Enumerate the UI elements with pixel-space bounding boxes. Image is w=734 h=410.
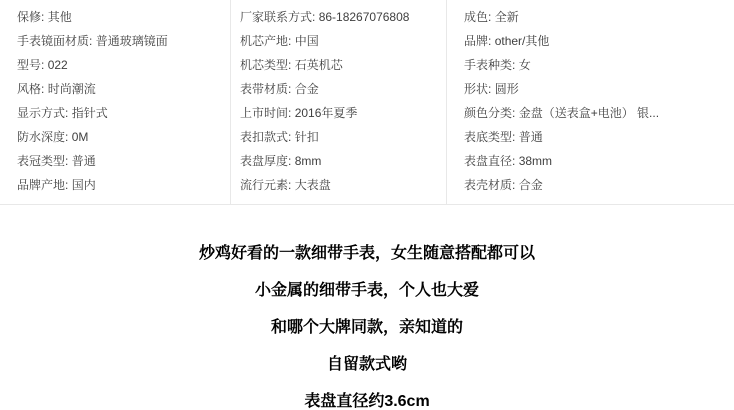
spec-value: 女 (519, 58, 531, 72)
spec-row-clasp-style: 表扣款式针扣 (240, 125, 446, 149)
spec-row-brand: 品牌other/其他 (464, 29, 734, 53)
spec-label: 手表种类 (464, 58, 519, 72)
description-line: 自留款式哟 (0, 357, 734, 373)
spec-row-shape: 形状圆形 (464, 77, 734, 101)
spec-row-condition: 成色全新 (464, 5, 734, 29)
spec-value: 普通玻璃镜面 (96, 34, 168, 48)
spec-row-case-material: 表壳材质合金 (464, 173, 734, 197)
spec-value: 全新 (495, 10, 519, 24)
spec-label: 表扣款式 (240, 130, 295, 144)
spec-label: 显示方式 (17, 106, 72, 120)
spec-row-movement-type: 机芯类型石英机芯 (240, 53, 446, 77)
spec-value: 金盘（送表盒+电池） 银... (519, 106, 659, 120)
spec-label: 品牌 (464, 34, 495, 48)
spec-label: 流行元素 (240, 178, 295, 192)
product-detail-page: 保修其他 手表镜面材质普通玻璃镜面 型号022 风格时尚潮流 显示方式指针式 防… (0, 0, 734, 410)
spec-row-display-type: 显示方式指针式 (17, 101, 230, 125)
spec-value: 圆形 (495, 82, 519, 96)
spec-row-mirror-material: 手表镜面材质普通玻璃镜面 (17, 29, 230, 53)
product-description: 炒鸡好看的一款细带手表，女生随意搭配都可以 小金属的细带手表，个人也大爱 和哪个… (0, 205, 734, 410)
spec-row-trend-element: 流行元素大表盘 (240, 173, 446, 197)
spec-value: 时尚潮流 (48, 82, 96, 96)
spec-label: 风格 (17, 82, 48, 96)
spec-row-style: 风格时尚潮流 (17, 77, 230, 101)
spec-label: 机芯产地 (240, 34, 295, 48)
spec-value: 2016年夏季 (295, 106, 358, 120)
description-line: 小金属的细带手表，个人也大爱 (0, 283, 734, 299)
spec-row-caseback-type: 表底类型普通 (464, 125, 734, 149)
spec-row-dial-thickness: 表盘厚度8mm (240, 149, 446, 173)
spec-row-band-material: 表带材质合金 (240, 77, 446, 101)
spec-row-color-variant: 颜色分类金盘（送表盒+电池） 银... (464, 101, 734, 125)
spec-value: 86-18267076808 (319, 10, 410, 24)
product-spec-table: 保修其他 手表镜面材质普通玻璃镜面 型号022 风格时尚潮流 显示方式指针式 防… (0, 0, 734, 205)
spec-value: other/其他 (495, 34, 550, 48)
spec-value: 其他 (48, 10, 72, 24)
spec-value: 指针式 (72, 106, 108, 120)
spec-row-model: 型号022 (17, 53, 230, 77)
spec-row-crown-type: 表冠类型普通 (17, 149, 230, 173)
spec-label: 厂家联系方式 (240, 10, 319, 24)
spec-value: 0M (72, 130, 89, 144)
spec-label: 手表镜面材质 (17, 34, 96, 48)
spec-row-water-resistance: 防水深度0M (17, 125, 230, 149)
spec-value: 国内 (72, 178, 96, 192)
description-line: 和哪个大牌同款，亲知道的 (0, 320, 734, 336)
spec-value: 8mm (295, 154, 322, 168)
spec-label: 防水深度 (17, 130, 72, 144)
spec-label: 品牌产地 (17, 178, 72, 192)
spec-label: 颜色分类 (464, 106, 519, 120)
spec-label: 表冠类型 (17, 154, 72, 168)
spec-value: 普通 (519, 130, 543, 144)
spec-value: 合金 (295, 82, 319, 96)
spec-column-1: 保修其他 手表镜面材质普通玻璃镜面 型号022 风格时尚潮流 显示方式指针式 防… (0, 5, 230, 197)
spec-value: 中国 (295, 34, 319, 48)
spec-label: 表盘直径 (464, 154, 519, 168)
spec-row-launch-time: 上市时间2016年夏季 (240, 101, 446, 125)
spec-label: 表带材质 (240, 82, 295, 96)
spec-value: 针扣 (295, 130, 319, 144)
spec-column-2: 厂家联系方式86-18267076808 机芯产地中国 机芯类型石英机芯 表带材… (230, 5, 446, 197)
spec-value: 石英机芯 (295, 58, 343, 72)
spec-label: 表盘厚度 (240, 154, 295, 168)
spec-value: 普通 (72, 154, 96, 168)
spec-row-manufacturer-contact: 厂家联系方式86-18267076808 (240, 5, 446, 29)
description-line: 炒鸡好看的一款细带手表，女生随意搭配都可以 (0, 246, 734, 262)
spec-value: 022 (48, 58, 68, 72)
spec-row-brand-origin: 品牌产地国内 (17, 173, 230, 197)
spec-row-warranty: 保修其他 (17, 5, 230, 29)
spec-label: 成色 (464, 10, 495, 24)
spec-label: 型号 (17, 58, 48, 72)
spec-value: 合金 (519, 178, 543, 192)
spec-label: 形状 (464, 82, 495, 96)
spec-label: 表壳材质 (464, 178, 519, 192)
spec-label: 机芯类型 (240, 58, 295, 72)
spec-label: 表底类型 (464, 130, 519, 144)
spec-label: 上市时间 (240, 106, 295, 120)
spec-label: 保修 (17, 10, 48, 24)
spec-value: 大表盘 (295, 178, 331, 192)
description-line: 表盘直径约3.6cm (0, 394, 734, 410)
spec-value: 38mm (519, 154, 552, 168)
spec-row-movement-origin: 机芯产地中国 (240, 29, 446, 53)
spec-row-dial-diameter: 表盘直径38mm (464, 149, 734, 173)
spec-row-watch-category: 手表种类女 (464, 53, 734, 77)
spec-column-3: 成色全新 品牌other/其他 手表种类女 形状圆形 颜色分类金盘（送表盒+电池… (446, 5, 734, 197)
